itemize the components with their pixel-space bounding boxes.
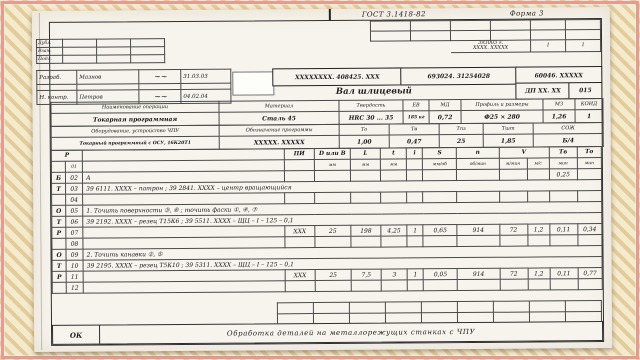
- cell-tv: [549, 191, 577, 202]
- cell-v1: [499, 169, 527, 180]
- cell-i: [407, 159, 423, 170]
- cell-pi: [285, 237, 315, 248]
- cell-pi: [284, 171, 314, 182]
- cell-d: 25: [315, 225, 351, 236]
- grid-cell: [450, 30, 490, 40]
- cell-num: 07: [66, 227, 83, 238]
- sheet-number-cell: 1: [566, 40, 601, 52]
- koid-label: КОИД: [575, 99, 603, 110]
- cell-v1: м/мин: [499, 158, 527, 169]
- header-s: S: [423, 148, 457, 159]
- cell-to: [578, 235, 602, 246]
- sig-cell: [313, 302, 349, 313]
- cell-i: [407, 192, 423, 203]
- cell-d: мм: [314, 159, 350, 170]
- header-to: То: [577, 147, 601, 158]
- cell-s: мм/об: [423, 159, 457, 170]
- operation-block: Наименование операции Материал Твердость…: [50, 98, 601, 151]
- grid-cell: [490, 30, 530, 40]
- ev-value: 185 кг: [403, 111, 429, 124]
- cell-letter: [52, 194, 66, 205]
- tv-value: 0,47: [389, 135, 439, 148]
- grid-cell: [370, 21, 410, 31]
- cell-d: 25: [315, 269, 351, 280]
- cell-tv: [550, 235, 578, 246]
- to-value: 1,00: [339, 135, 389, 148]
- header-tv: Тв: [549, 147, 577, 158]
- stamp-cell: [131, 47, 165, 55]
- stamp-cell: [63, 39, 97, 47]
- cell-letter: О: [52, 205, 66, 216]
- tsht-label: Тшт: [483, 123, 533, 134]
- cell-i: [407, 236, 423, 247]
- md-label: МД: [429, 100, 461, 111]
- sig-cell: [385, 302, 421, 313]
- cell-letter: Т: [52, 216, 66, 227]
- cell-l: [351, 236, 381, 247]
- cell-num: 04: [66, 194, 83, 205]
- sig-cell: [421, 302, 457, 313]
- cell-to: 0,77: [578, 268, 602, 279]
- cell-l: [351, 192, 381, 203]
- cell-to: [577, 169, 601, 180]
- mz-value: 1,26: [543, 110, 575, 123]
- stamp-cell: [97, 55, 131, 63]
- cell-d: [314, 170, 350, 181]
- sheet-count-cell: 1: [531, 40, 566, 52]
- program-label: Обозначение программы: [219, 124, 339, 136]
- cell-letter: [52, 282, 66, 293]
- sig-cell: [493, 301, 529, 312]
- gost-standard-label: ГОСТ 3.1418-82: [362, 10, 426, 18]
- cell-letter: Б: [51, 172, 65, 183]
- stamp-cell: [63, 55, 97, 63]
- cell-i: 1: [407, 269, 423, 280]
- cell-n: [458, 279, 500, 290]
- cell-n: [457, 191, 499, 202]
- profile-label: Профиль и размеры: [461, 99, 543, 111]
- cell-v2: [527, 169, 549, 180]
- cell-v2: 1,2: [528, 268, 550, 279]
- to-label: То: [339, 124, 389, 135]
- cell-t: [381, 170, 407, 181]
- header-l: L: [350, 148, 380, 159]
- transitions-table: Р ПИ D или В L t i S n V Тв То 01ммммммм…: [51, 146, 603, 294]
- cell-d: [315, 280, 351, 291]
- cell-tv: 0,11: [550, 224, 578, 235]
- cell-num: 09: [66, 249, 83, 260]
- ok-cell: ОК: [53, 326, 100, 344]
- cell-letter: [52, 238, 66, 249]
- grid-cell: [410, 21, 450, 31]
- sozh-label: СОЖ: [533, 123, 603, 134]
- cell-letter: Р: [52, 227, 66, 238]
- header-n: n: [457, 147, 499, 158]
- cell-num: 10: [66, 260, 83, 271]
- cell-to: мин: [577, 158, 601, 169]
- signature: ~~: [139, 69, 181, 83]
- cell-v1: [499, 191, 527, 202]
- sig-cell: [349, 302, 385, 313]
- stamp-cell: [131, 55, 165, 63]
- stamp-cell: [131, 39, 165, 47]
- cell-num: 02: [65, 172, 82, 183]
- koid-value: 1: [575, 110, 603, 123]
- address-line2: ХХХХ. ХХХХХ: [473, 45, 508, 51]
- material-label: Материал: [219, 100, 339, 112]
- header-pi: ПИ: [284, 149, 314, 160]
- gost-grid: 393003 г. ХХХХ. ХХХХХ 1 1: [370, 19, 601, 53]
- cell-n: об/мин: [457, 158, 499, 169]
- drawing-frame: Дубл. Взам. Подл. 393003 г. ХХХХ. ХХХХХ: [49, 18, 604, 346]
- cell-t: [381, 236, 407, 247]
- grid-cell: [370, 31, 410, 41]
- cell-v1: [499, 235, 527, 246]
- cell-tv: [550, 279, 578, 290]
- screenshot-root: { "page": { "gost": "ГОСТ 3.1418-82", "f…: [0, 0, 640, 360]
- cell-pi: [284, 193, 314, 204]
- cell-d: [315, 192, 351, 203]
- cell-v2: [527, 191, 549, 202]
- header-d: D или В: [314, 148, 350, 159]
- cell-n: [457, 169, 499, 180]
- cell-num: 08: [66, 238, 83, 249]
- stamp-label: Дубл.: [37, 39, 63, 47]
- stamp-cell: [97, 39, 131, 47]
- sig-cell: [565, 301, 601, 312]
- cell-s: 0,65: [423, 225, 457, 236]
- sig-cell: [529, 301, 565, 312]
- mz-label: МЗ: [543, 99, 575, 110]
- approval-row: Разраб. Мазнов ~~ 31.03.03: [37, 69, 231, 84]
- tpz-label: Тпз: [439, 123, 483, 134]
- cell-to: [577, 191, 601, 202]
- cell-letter: Р: [52, 271, 66, 282]
- cell-pi: [284, 160, 314, 171]
- cell-l: 7,5: [351, 269, 381, 280]
- header-r: Р: [51, 150, 82, 161]
- stamp-cell: [97, 47, 131, 55]
- cell-v2: [528, 279, 550, 290]
- cell-s: 0,05: [423, 269, 457, 280]
- profile-value: Ф25 × 280: [461, 110, 543, 124]
- cell-letter: [51, 161, 65, 172]
- dp-code-box: ДП ХХ. ХХ: [515, 82, 570, 99]
- card-title: Обработка деталей на металлорежущих стан…: [100, 322, 602, 344]
- grid-cell: [565, 20, 600, 30]
- sig-cell: [457, 301, 493, 312]
- cell-num: 12: [66, 282, 83, 293]
- tsht-value: 1,85: [483, 134, 533, 147]
- cell-v2: [528, 235, 550, 246]
- header-v: V: [499, 147, 549, 158]
- cell-to: [578, 279, 602, 290]
- cell-pi: [285, 281, 315, 292]
- cell-num: 06: [66, 216, 83, 227]
- grid-cell: [565, 30, 600, 40]
- grid-cell: [530, 20, 565, 30]
- gost-grid-row: 393003 г. ХХХХ. ХХХХХ 1 1: [371, 40, 601, 53]
- operation-card-sheet: ГОСТ 3.1418-82 Форма 3 Дубл. Взам. Подл.: [32, 7, 612, 352]
- stamp-label: Взам.: [37, 47, 63, 55]
- cell-i: 1: [407, 225, 423, 236]
- grid-cell: [371, 41, 451, 53]
- cell-d: [315, 236, 351, 247]
- cell-desc: [83, 281, 285, 293]
- stamp-label: Подл.: [37, 55, 63, 63]
- cell-n: 914: [458, 268, 500, 279]
- hardness-label: Твердость: [339, 100, 403, 111]
- approval-name: Мазнов: [77, 70, 139, 84]
- sozh-value: Б/4: [533, 134, 603, 147]
- cell-i: [407, 170, 423, 181]
- cell-letter: О: [52, 249, 66, 260]
- cell-v2: 1,2: [527, 224, 549, 235]
- cell-s: [423, 280, 457, 291]
- ev-label: ЕВ: [403, 100, 429, 111]
- cell-pi: ХХХ: [285, 226, 315, 237]
- cell-tv: 0,25: [549, 169, 577, 180]
- part-name: Вал шлицевый: [232, 82, 515, 101]
- grid-cell: [490, 20, 530, 30]
- header-t: t: [380, 148, 406, 159]
- cell-n: [457, 235, 499, 246]
- cell-tv: 0,11: [550, 268, 578, 279]
- tpz-value: 25: [439, 134, 483, 147]
- cell-pi: ХХХ: [285, 270, 315, 281]
- cell-v2: м/с: [527, 158, 549, 169]
- cell-s: [423, 170, 457, 181]
- approval-role: Разраб.: [37, 70, 77, 84]
- cell-letter: Т: [52, 183, 66, 194]
- cell-v1: [500, 279, 528, 290]
- grid-cell: [530, 30, 565, 40]
- grid-cell: [450, 20, 490, 30]
- cell-v1: 72: [499, 224, 527, 235]
- address-cell: 393003 г. ХХХХ. ХХХХХ: [451, 40, 531, 52]
- header-i: i: [407, 148, 423, 159]
- sig-cell: [277, 303, 313, 314]
- hardness-value: HRC 30 ... 35: [339, 111, 403, 124]
- cell-t: [381, 280, 407, 291]
- footer-row: ОК Обработка деталей на металлорежущих с…: [52, 321, 603, 345]
- form-number-label: Форма 3: [510, 9, 544, 17]
- cell-n: 914: [457, 224, 499, 235]
- cell-num: 03: [66, 183, 83, 194]
- cell-t: 4,25: [381, 225, 407, 236]
- md-value: 0,72: [429, 111, 461, 124]
- cell-s: [423, 236, 457, 247]
- stamp-cell: [63, 47, 97, 55]
- approval-date: 31.03.03: [181, 69, 231, 83]
- cell-l: [350, 170, 380, 181]
- cell-l: [351, 280, 381, 291]
- cell-l: мм: [350, 159, 380, 170]
- cell-letter: Т: [52, 260, 66, 271]
- cell-s: [423, 192, 457, 203]
- cell-num: 01: [65, 161, 82, 172]
- cell-v1: 72: [500, 268, 528, 279]
- cell-to: 0,34: [578, 224, 602, 235]
- tv-label: Тв: [389, 124, 439, 135]
- transitions-table-wrap: Р ПИ D или В L t i S n V Тв То 01ммммммм…: [51, 146, 603, 294]
- cell-num: 05: [66, 205, 83, 216]
- operation-number-box: 015: [568, 82, 602, 99]
- cell-num: 11: [66, 271, 83, 282]
- grid-cell: [410, 31, 450, 41]
- cell-i: [407, 280, 423, 291]
- copy-stamp-table: Дубл. Взам. Подл.: [36, 38, 165, 64]
- cell-t: 3: [381, 269, 407, 280]
- cell-t: мм: [380, 159, 406, 170]
- approval-table: Разраб. Мазнов ~~ 31.03.03 Н. контр. Пет…: [36, 69, 231, 105]
- cell-t: [381, 192, 407, 203]
- stamp-row: Подл.: [37, 55, 165, 64]
- cell-tv: мин: [549, 158, 577, 169]
- cell-l: 198: [351, 225, 381, 236]
